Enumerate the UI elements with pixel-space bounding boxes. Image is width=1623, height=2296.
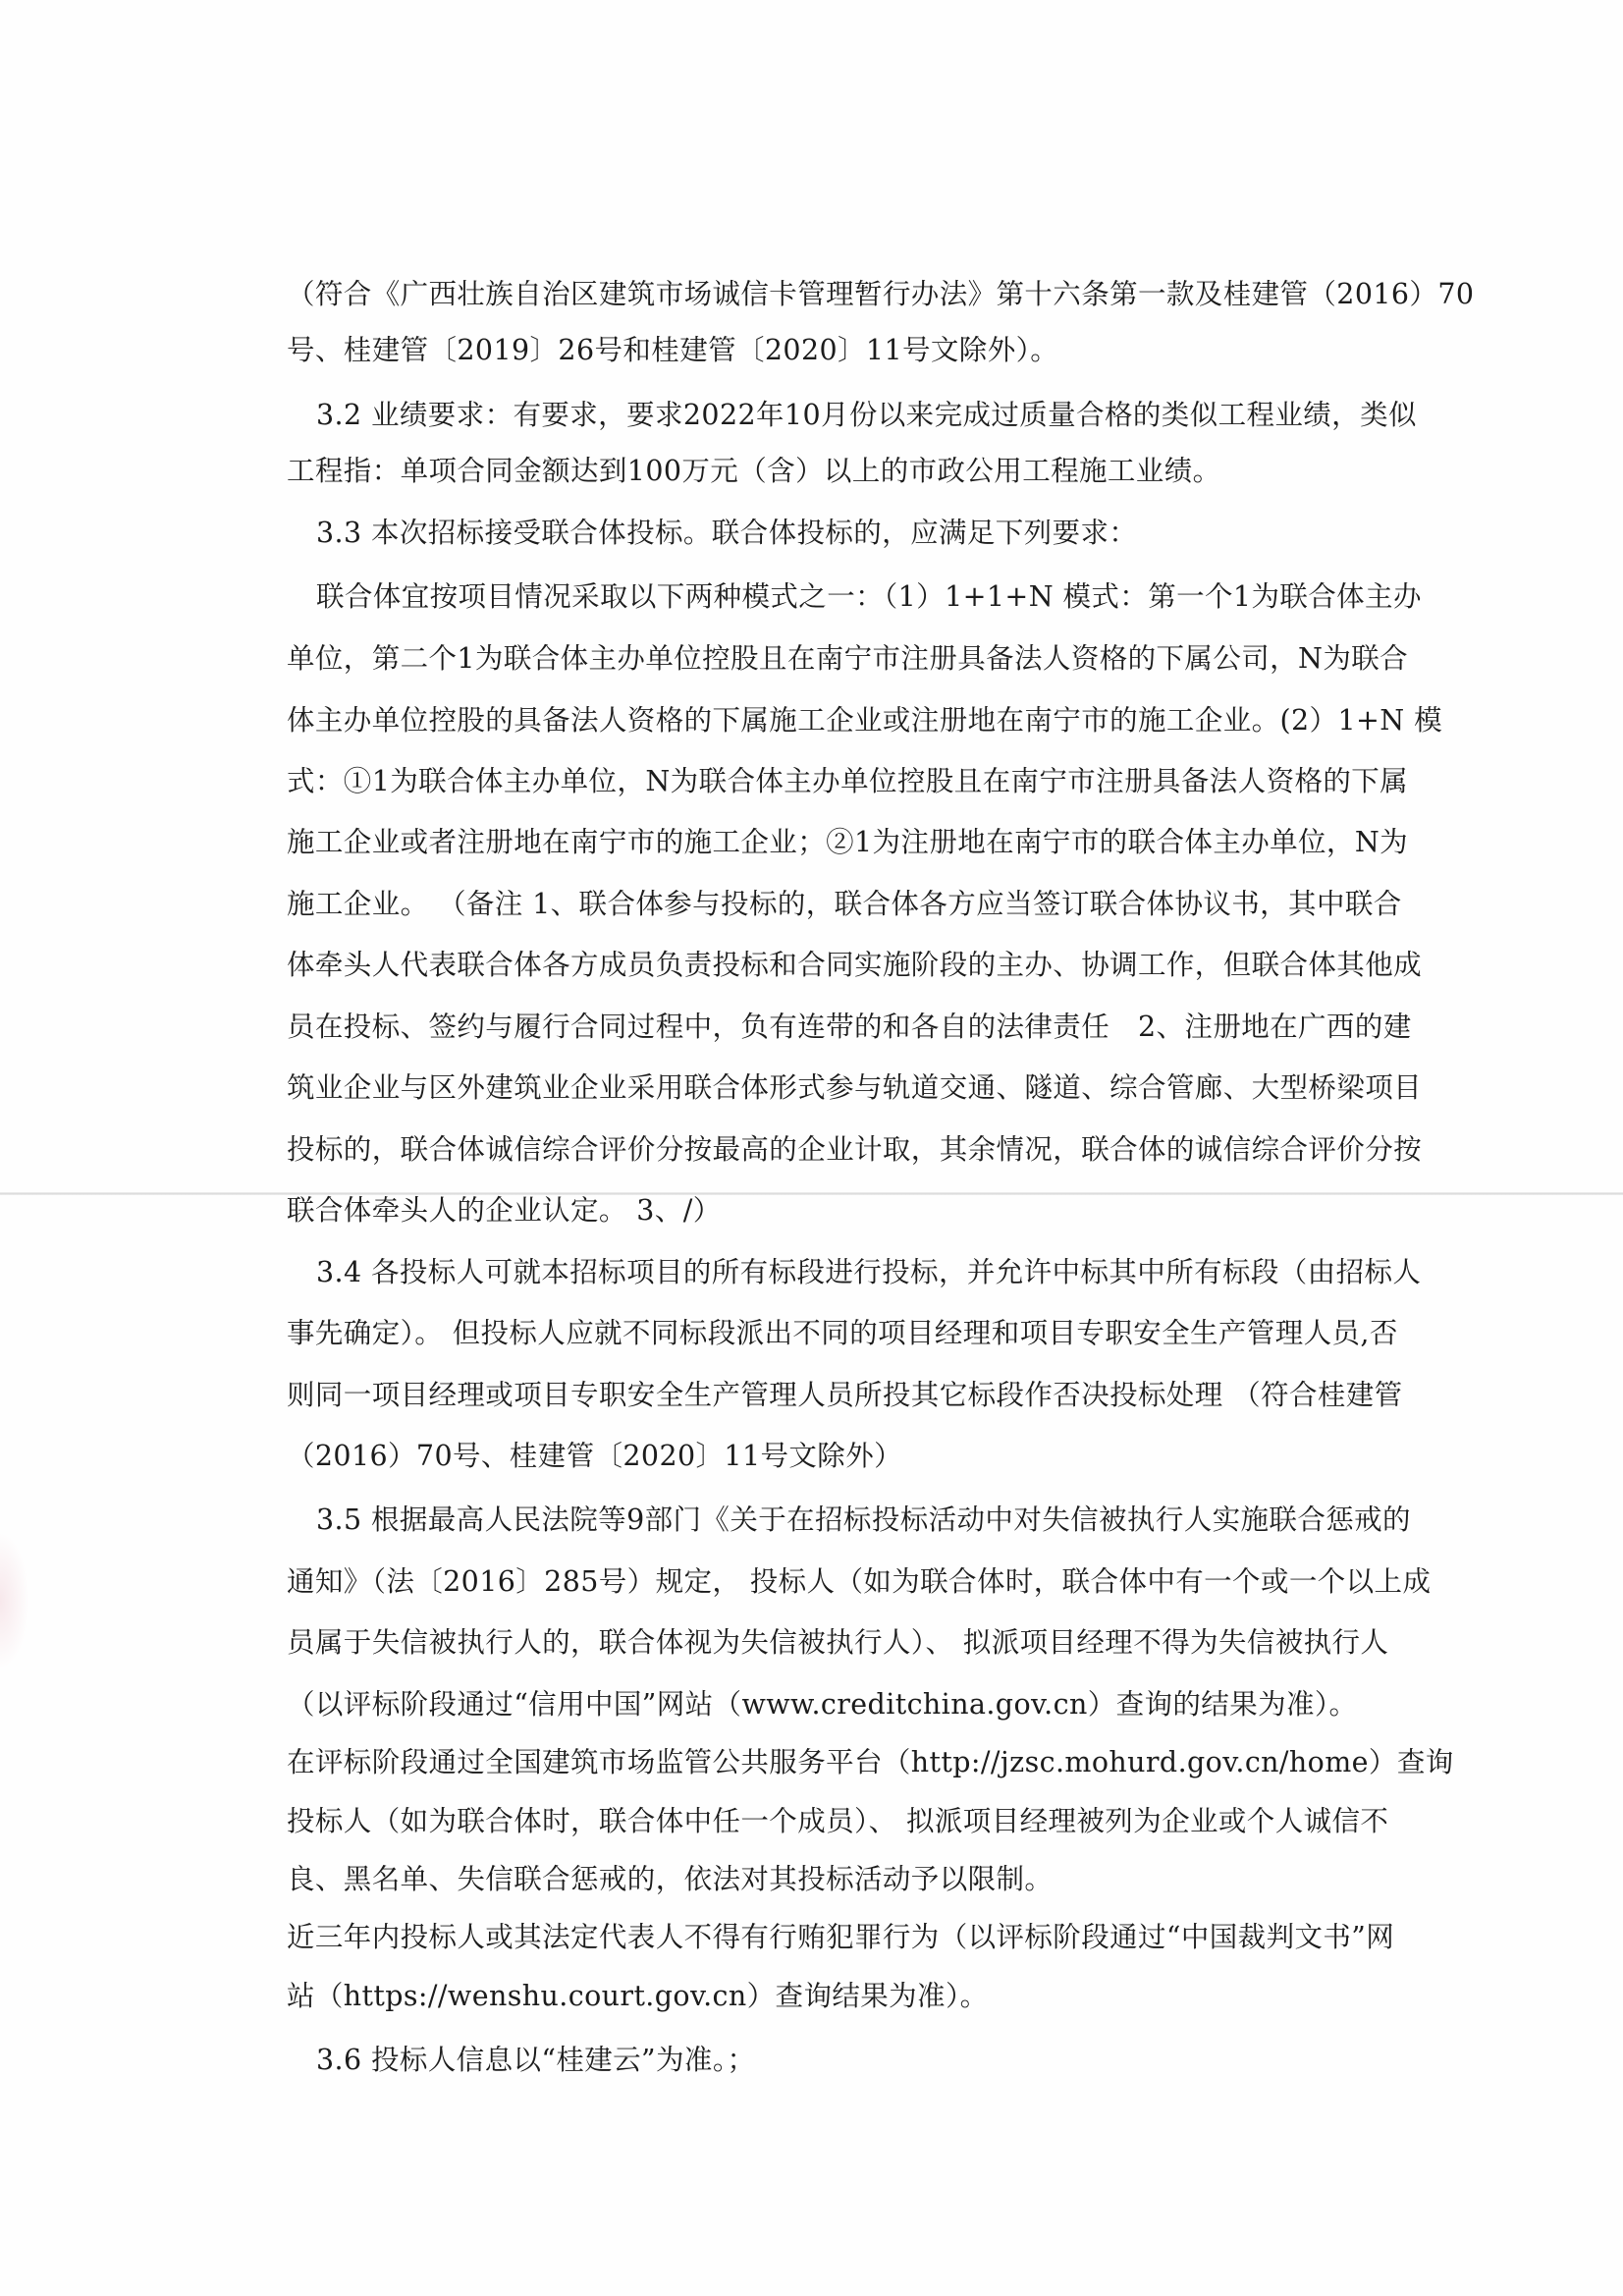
stamp-remnant — [0, 1532, 29, 1669]
text-line: 员属于失信被执行人的，联合体视为失信被执行人）、 拟派项目经理不得为失信被执行人 — [287, 1625, 1372, 1661]
text-line: 号、桂建管〔2019〕26号和桂建管〔2020〕11号文除外）。 — [287, 333, 1372, 368]
text-line: （以评标阶段通过“信用中国”网站（www.creditchina.gov.cn）… — [287, 1687, 1372, 1722]
text-line: 3.5 根据最高人民法院等9部门《关于在招标投标活动中对失信被执行人实施联合惩戒… — [316, 1503, 1372, 1538]
text-line: 式：①1为联合体主办单位，N为联合体主办单位控股且在南宁市注册具备法人资格的下属 — [287, 764, 1372, 799]
text-line: 联合体牵头人的企业认定。 3、/） — [287, 1193, 1372, 1229]
text-line: 站（https://wenshu.court.gov.cn）查询结果为准）。 — [287, 1979, 1372, 2014]
text-line: 3.4 各投标人可就本招标项目的所有标段进行投标，并允许中标其中所有标段（由招标… — [316, 1255, 1372, 1290]
text-line: 联合体宜按项目情况采取以下两种模式之一：（1）1+1+N 模式：第一个1为联合体… — [316, 579, 1372, 615]
text-line: 投标人（如为联合体时，联合体中任一个成员）、 拟派项目经理被列为企业或个人诚信不 — [287, 1804, 1372, 1839]
text-line: 投标的，联合体诚信综合评价分按最高的企业计取，其余情况，联合体的诚信综合评价分按 — [287, 1132, 1372, 1168]
text-line: 单位，第二个1为联合体主办单位控股且在南宁市注册具备法人资格的下属公司，N为联合 — [287, 641, 1372, 677]
text-line: 3.2 业绩要求：有要求，要求2022年10月份以来完成过质量合格的类似工程业绩… — [316, 398, 1372, 433]
text-line: 体牵头人代表联合体各方成员负责投标和合同实施阶段的主办、协调工作，但联合体其他成 — [287, 948, 1372, 983]
text-line: （符合《广西壮族自治区建筑市场诚信卡管理暂行办法》第十六条第一款及桂建管（201… — [287, 277, 1372, 312]
text-line: 近三年内投标人或其法定代表人不得有行贿犯罪行为（以评标阶段通过“中国裁判文书”网 — [287, 1920, 1372, 1955]
text-line: （2016）70号、桂建管〔2020〕11号文除外） — [287, 1439, 1372, 1474]
text-line: 工程指：单项合同金额达到100万元（含）以上的市政公用工程施工业绩。 — [287, 454, 1372, 489]
text-line: 3.6 投标人信息以“桂建云”为准。； — [316, 2043, 1372, 2078]
text-line: 筑业企业与区外建筑业企业采用联合体形式参与轨道交通、隧道、综合管廊、大型桥梁项目 — [287, 1070, 1372, 1106]
text-line: 体主办单位控股的具备法人资格的下属施工企业或注册地在南宁市的施工企业。(2）1+… — [287, 703, 1372, 738]
text-line: 在评标阶段通过全国建筑市场监管公共服务平台（http://jzsc.mohurd… — [287, 1745, 1372, 1780]
text-line: 事先确定）。 但投标人应就不同标段派出不同的项目经理和项目专职安全生产管理人员,… — [287, 1316, 1372, 1351]
text-line: 良、黑名单、失信联合惩戒的，依法对其投标活动予以限制。 — [287, 1862, 1372, 1897]
text-line: 施工企业。 （备注 1、联合体参与投标的，联合体各方应当签订联合体协议书，其中联… — [287, 887, 1372, 922]
text-line: 3.3 本次招标接受联合体投标。联合体投标的，应满足下列要求： — [316, 516, 1372, 551]
text-line: 则同一项目经理或项目专职安全生产管理人员所投其它标段作否决投标处理 （符合桂建管 — [287, 1378, 1372, 1413]
text-line: 通知》（法〔2016〕285号）规定， 投标人（如为联合体时，联合体中有一个或一… — [287, 1564, 1372, 1600]
scanned-document-page: （符合《广西壮族自治区建筑市场诚信卡管理暂行办法》第十六条第一款及桂建管（201… — [0, 0, 1623, 2296]
text-line: 员在投标、签约与履行合同过程中，负有连带的和各自的法律责任 2、注册地在广西的建 — [287, 1010, 1372, 1045]
text-line: 施工企业或者注册地在南宁市的施工企业；②1为注册地在南宁市的联合体主办单位，N为 — [287, 825, 1372, 860]
